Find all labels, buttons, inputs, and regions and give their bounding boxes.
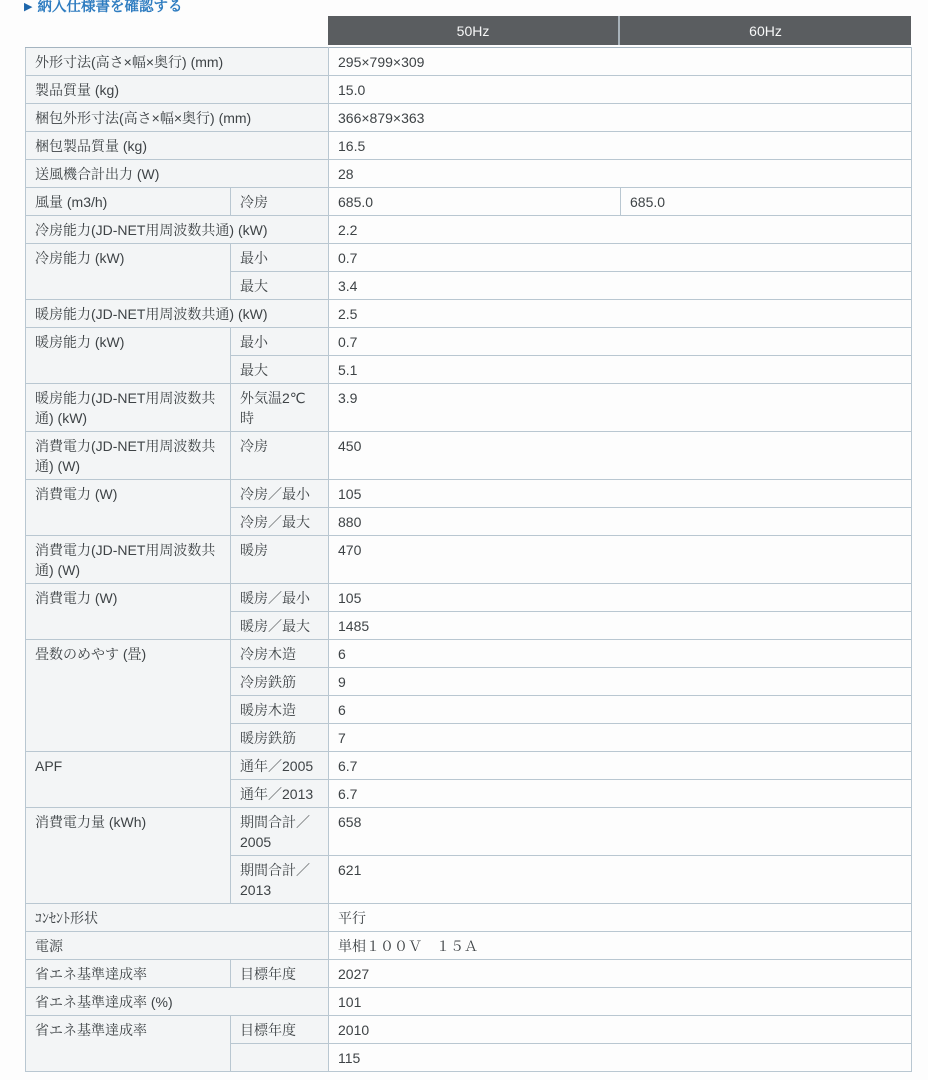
row-sublabel: 期間合計／2005 [231, 808, 329, 856]
row-sublabel: 冷房 [231, 432, 329, 480]
row-value: 6 [329, 640, 912, 668]
table-row: 消費電力量 (kWh) 期間合計／2005 658 [26, 808, 912, 856]
table-row: 暖房能力(JD-NET用周波数共通) (kW) 外気温2℃時 3.9 [26, 384, 912, 432]
row-sublabel: 目標年度 [231, 1016, 329, 1044]
row-label: 梱包外形寸法(高さ×幅×奥行) (mm) [26, 104, 329, 132]
row-value: 2.2 [329, 216, 912, 244]
row-value: 5.1 [329, 356, 912, 384]
row-value: 621 [329, 856, 912, 904]
row-value: 平行 [329, 904, 912, 932]
row-label: 省エネ基準達成率 [26, 960, 231, 988]
table-row: APF 通年／2005 6.7 [26, 752, 912, 780]
table-row: 省エネ基準達成率 (%) 101 [26, 988, 912, 1016]
table-row: 梱包製品質量 (kg) 16.5 [26, 132, 912, 160]
header-50hz: 50Hz [328, 16, 620, 45]
table-row: 消費電力(JD-NET用周波数共通) (W) 冷房 450 [26, 432, 912, 480]
table-row: 暖房能力(JD-NET用周波数共通) (kW) 2.5 [26, 300, 912, 328]
row-value: 1485 [329, 612, 912, 640]
row-sublabel: 最大 [231, 356, 329, 384]
row-label: 電源 [26, 932, 329, 960]
row-value-50hz: 685.0 [329, 188, 621, 216]
header-60hz: 60Hz [620, 16, 911, 45]
row-value: 295×799×309 [329, 48, 912, 76]
row-label: 省エネ基準達成率 [26, 1016, 231, 1072]
row-label: 製品質量 (kg) [26, 76, 329, 104]
row-sublabel: 暖房／最大 [231, 612, 329, 640]
row-sublabel: 期間合計／2013 [231, 856, 329, 904]
row-sublabel: 暖房 [231, 536, 329, 584]
row-sublabel: 冷房／最大 [231, 508, 329, 536]
row-label: 省エネ基準達成率 (%) [26, 988, 329, 1016]
table-row: 風量 (m3/h) 冷房 685.0 685.0 [26, 188, 912, 216]
row-sublabel: 最小 [231, 244, 329, 272]
row-label: 消費電力(JD-NET用周波数共通) (W) [26, 536, 231, 584]
row-sublabel: 冷房木造 [231, 640, 329, 668]
table-row: 外形寸法(高さ×幅×奥行) (mm) 295×799×309 [26, 48, 912, 76]
triangle-right-icon: ▶ [24, 1, 32, 13]
row-label: 消費電力 (W) [26, 480, 231, 536]
delivery-spec-link-label: 納入仕様書を確認する [37, 0, 182, 15]
row-sublabel [231, 1044, 329, 1072]
row-value: 105 [329, 584, 912, 612]
row-sublabel: 最大 [231, 272, 329, 300]
row-label: 梱包製品質量 (kg) [26, 132, 329, 160]
row-value: 2010 [329, 1016, 912, 1044]
table-row: 消費電力 (W) 暖房／最小 105 [26, 584, 912, 612]
row-sublabel: 冷房／最小 [231, 480, 329, 508]
row-sublabel: 外気温2℃時 [231, 384, 329, 432]
row-value: 470 [329, 536, 912, 584]
row-value: 2.5 [329, 300, 912, 328]
row-value: 0.7 [329, 244, 912, 272]
row-sublabel: 暖房鉄筋 [231, 724, 329, 752]
row-value: 2027 [329, 960, 912, 988]
row-sublabel: 暖房／最小 [231, 584, 329, 612]
row-value: 3.4 [329, 272, 912, 300]
table-row: 省エネ基準達成率 目標年度 2010 [26, 1016, 912, 1044]
row-label: 冷房能力(JD-NET用周波数共通) (kW) [26, 216, 329, 244]
row-value: 3.9 [329, 384, 912, 432]
row-sublabel: 目標年度 [231, 960, 329, 988]
row-value: 658 [329, 808, 912, 856]
row-value: 7 [329, 724, 912, 752]
table-row: 冷房能力 (kW) 最小 0.7 [26, 244, 912, 272]
row-label: ｺﾝｾﾝﾄ形状 [26, 904, 329, 932]
row-label: 消費電力量 (kWh) [26, 808, 231, 904]
frequency-header-row: 50Hz 60Hz [328, 16, 911, 45]
table-row: 省エネ基準達成率 目標年度 2027 [26, 960, 912, 988]
row-label: 畳数のめやす (畳) [26, 640, 231, 752]
row-sublabel: 冷房 [231, 188, 329, 216]
table-row: 製品質量 (kg) 15.0 [26, 76, 912, 104]
row-value: 366×879×363 [329, 104, 912, 132]
table-row: 畳数のめやす (畳) 冷房木造 6 [26, 640, 912, 668]
row-label: 送風機合計出力 (W) [26, 160, 329, 188]
row-value: 450 [329, 432, 912, 480]
spec-table: 外形寸法(高さ×幅×奥行) (mm) 295×799×309 製品質量 (kg)… [25, 47, 912, 1072]
row-value: 9 [329, 668, 912, 696]
row-value: 6 [329, 696, 912, 724]
table-row: 暖房能力 (kW) 最小 0.7 [26, 328, 912, 356]
table-row: 消費電力 (W) 冷房／最小 105 [26, 480, 912, 508]
row-sublabel: 通年／2005 [231, 752, 329, 780]
row-value: 15.0 [329, 76, 912, 104]
table-row: 送風機合計出力 (W) 28 [26, 160, 912, 188]
row-label: 風量 (m3/h) [26, 188, 231, 216]
table-row: ｺﾝｾﾝﾄ形状 平行 [26, 904, 912, 932]
row-value: 6.7 [329, 780, 912, 808]
row-label: 消費電力 (W) [26, 584, 231, 640]
row-sublabel: 最小 [231, 328, 329, 356]
row-value: 115 [329, 1044, 912, 1072]
table-row: 電源 単相１００Ｖ １５Ａ [26, 932, 912, 960]
row-value: 単相１００Ｖ １５Ａ [329, 932, 912, 960]
row-label: 冷房能力 (kW) [26, 244, 231, 300]
row-sublabel: 冷房鉄筋 [231, 668, 329, 696]
row-label: 外形寸法(高さ×幅×奥行) (mm) [26, 48, 329, 76]
spec-section: 50Hz 60Hz 外形寸法(高さ×幅×奥行) (mm) 295×799×309… [25, 16, 911, 1072]
delivery-spec-link[interactable]: ▶納入仕様書を確認する [24, 0, 182, 16]
table-row: 消費電力(JD-NET用周波数共通) (W) 暖房 470 [26, 536, 912, 584]
row-value: 0.7 [329, 328, 912, 356]
row-value: 101 [329, 988, 912, 1016]
row-label: 暖房能力(JD-NET用周波数共通) (kW) [26, 384, 231, 432]
row-sublabel: 暖房木造 [231, 696, 329, 724]
row-value: 880 [329, 508, 912, 536]
row-value: 105 [329, 480, 912, 508]
row-label: 暖房能力 (kW) [26, 328, 231, 384]
row-label: 消費電力(JD-NET用周波数共通) (W) [26, 432, 231, 480]
row-value: 6.7 [329, 752, 912, 780]
row-value: 16.5 [329, 132, 912, 160]
row-label: APF [26, 752, 231, 808]
row-value-60hz: 685.0 [621, 188, 912, 216]
row-label: 暖房能力(JD-NET用周波数共通) (kW) [26, 300, 329, 328]
row-sublabel: 通年／2013 [231, 780, 329, 808]
row-value: 28 [329, 160, 912, 188]
table-row: 冷房能力(JD-NET用周波数共通) (kW) 2.2 [26, 216, 912, 244]
table-row: 梱包外形寸法(高さ×幅×奥行) (mm) 366×879×363 [26, 104, 912, 132]
